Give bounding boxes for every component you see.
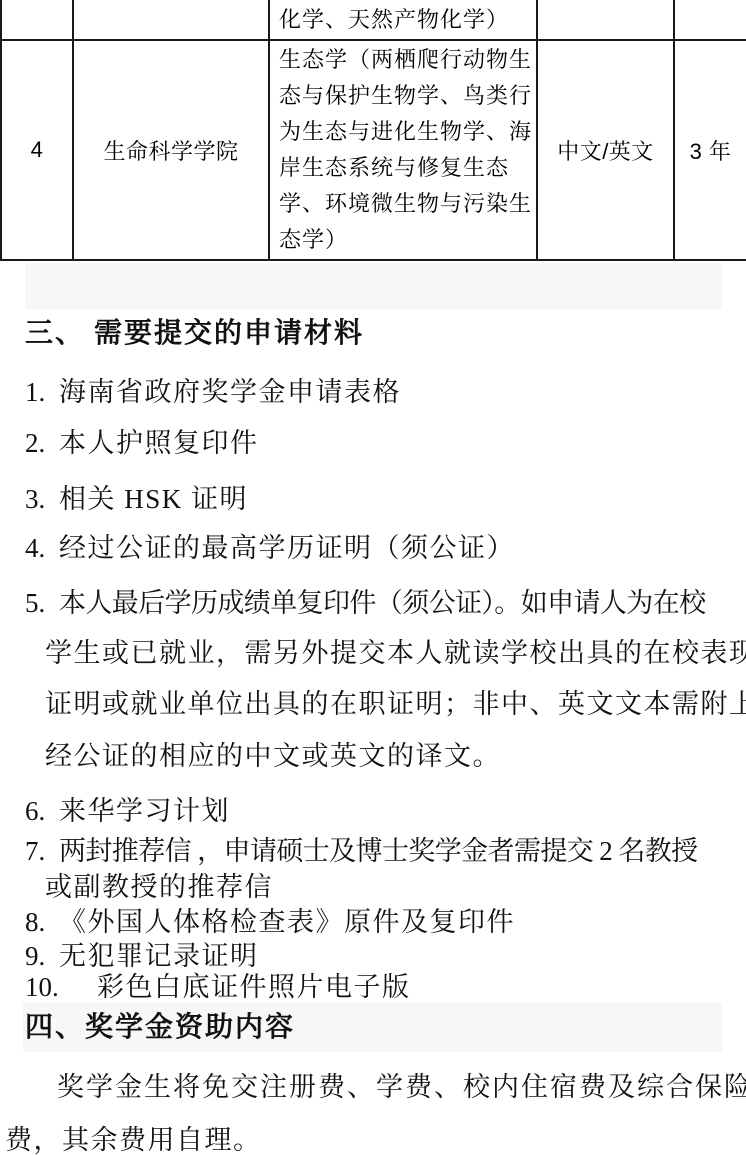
section3-heading: 三、 需要提交的申请材料 <box>25 318 364 349</box>
list-item-number: 9. <box>25 941 59 972</box>
paragraph-line-2: 费，其余费用自理。 <box>5 1125 262 1155</box>
majors-line: 学、环境微生物与污染生 <box>279 186 532 222</box>
cell-college-empty <box>73 0 269 40</box>
list-item-number: 2. <box>25 428 59 459</box>
list-item-number: 3. <box>25 484 59 515</box>
list-item-4: 4.经过公证的最高学历证明（须公证） <box>25 533 515 564</box>
list-item-number: 6. <box>25 796 59 827</box>
list-item-text: 两封推荐信 ，申请硕士及博士奖学金者需提交 2 名教授 <box>59 836 698 866</box>
cell-duration-empty <box>674 0 746 40</box>
list-item-text: 来华学习计划 <box>59 796 230 826</box>
cell-no-empty <box>1 0 73 40</box>
majors-tail-line: 化学、天然产物化学） <box>279 2 532 38</box>
list-item-7-cont: 或副教授的推荐信 <box>45 872 273 903</box>
list-item-text: 彩色白底证件照片电子版 <box>97 972 411 1002</box>
list-item-2: 2.本人护照复印件 <box>25 428 259 459</box>
table-row-life-sciences: 4 生命科学学院 生态学（两栖爬行动物生 态与保护生物学、鸟类行 为生态与进化生… <box>1 40 746 260</box>
table-row-partial: 化学、天然产物化学） <box>1 0 746 40</box>
list-item-number: 7. <box>25 836 59 867</box>
section4-heading: 四、奖学金资助内容 <box>25 1012 295 1043</box>
cell-majors: 生态学（两栖爬行动物生 态与保护生物学、鸟类行 为生态与进化生物学、海 岸生态系… <box>269 40 537 260</box>
list-item-text: 相关 HSK 证明 <box>59 484 248 514</box>
list-item-6: 6.来华学习计划 <box>25 796 230 827</box>
paragraph-line-1: 奖学金生将免交注册费、学费、校内住宿费及综合保险 <box>57 1072 746 1103</box>
list-item-text: 海南省政府奖学金申请表格 <box>59 377 401 407</box>
majors-line: 为生态与进化生物学、海 <box>279 114 532 150</box>
list-item-text: 《外国人体格检查表》原件及复印件 <box>59 907 515 937</box>
list-item-number: 5. <box>25 588 59 619</box>
cell-row-number: 4 <box>1 40 73 260</box>
majors-line: 态与保护生物学、鸟类行 <box>279 78 532 114</box>
list-item-5-cont: 学生或已就业，需另外提交本人就读学校出具的在校表现 <box>45 638 746 669</box>
list-item-9: 9.无犯罪记录证明 <box>25 941 259 972</box>
list-item-number: 10. <box>25 972 97 1003</box>
programs-table: 化学、天然产物化学） 4 生命科学学院 生态学（两栖爬行动物生 态与保护生物学、… <box>0 0 746 261</box>
list-item-number: 4. <box>25 533 59 564</box>
list-item-8: 8.《外国人体格检查表》原件及复印件 <box>25 907 515 938</box>
majors-line: 生态学（两栖爬行动物生 <box>279 42 532 78</box>
list-item-text: 本人护照复印件 <box>59 428 259 458</box>
list-item-5-cont: 证明或就业单位出具的在职证明；非中、英文文本需附上 <box>45 689 746 720</box>
cell-language-empty <box>537 0 674 40</box>
list-item-number: 8. <box>25 907 59 938</box>
cell-duration: 3 年 <box>674 40 746 260</box>
list-item-1: 1.海南省政府奖学金申请表格 <box>25 377 401 408</box>
list-item-text: 经过公证的最高学历证明（须公证） <box>59 533 515 563</box>
list-item-5-cont: 经公证的相应的中文或英文的译文。 <box>45 741 501 772</box>
list-item-10: 10.彩色白底证件照片电子版 <box>25 972 411 1003</box>
list-item-3: 3.相关 HSK 证明 <box>25 484 248 515</box>
list-item-number: 1. <box>25 377 59 408</box>
cell-language: 中文/英文 <box>537 40 674 260</box>
highlight-band-top <box>25 263 722 309</box>
cell-majors-tail: 化学、天然产物化学） <box>269 0 537 40</box>
document-page: 化学、天然产物化学） 4 生命科学学院 生态学（两栖爬行动物生 态与保护生物学、… <box>0 0 746 1155</box>
majors-line: 态学） <box>279 222 532 258</box>
list-item-text: 本人最后学历成绩单复印件（须公证）。如申请人为在校 <box>59 588 706 618</box>
majors-line: 岸生态系统与修复生态 <box>279 150 532 186</box>
cell-college-name: 生命科学学院 <box>73 40 269 260</box>
list-item-text: 无犯罪记录证明 <box>59 941 259 971</box>
list-item-5: 5.本人最后学历成绩单复印件（须公证）。如申请人为在校 <box>25 588 706 619</box>
list-item-7: 7.两封推荐信 ，申请硕士及博士奖学金者需提交 2 名教授 <box>25 836 698 867</box>
